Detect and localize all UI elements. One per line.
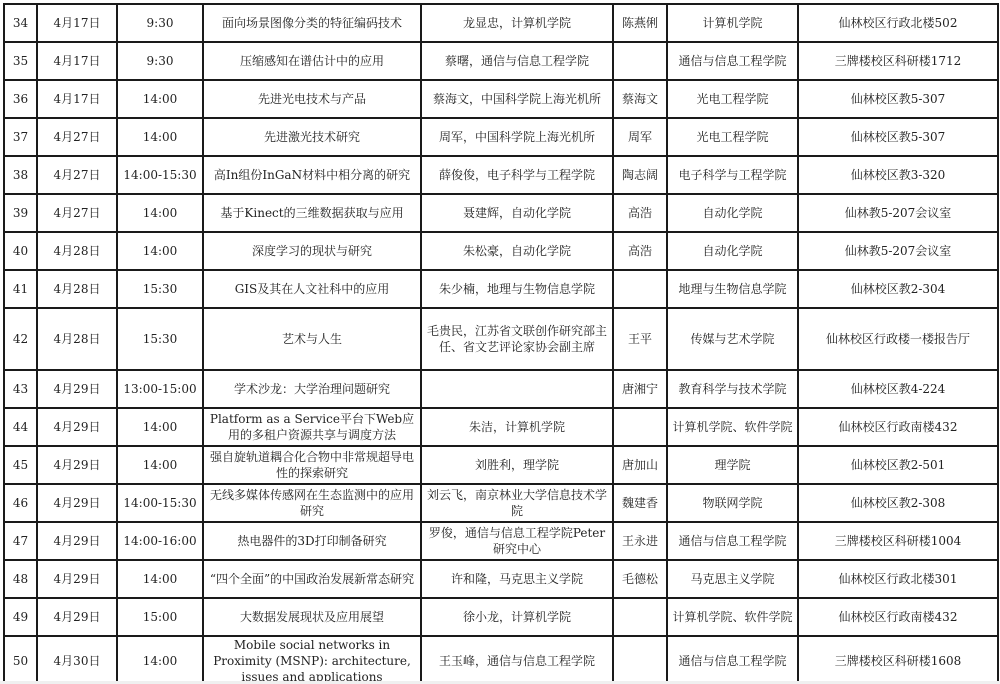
cell-speaker: 许和隆，马克思主义学院: [421, 560, 613, 598]
cell-speaker: 周军，中国科学院上海光机所: [421, 118, 613, 156]
cell-venue: 三牌楼校区科研楼1608: [798, 636, 998, 684]
cell-time: 14:00-15:30: [117, 156, 203, 194]
cell-venue: 仙林校区教4-224: [798, 370, 998, 408]
cell-speaker: 蔡海文，中国科学院上海光机所: [421, 80, 613, 118]
cell-speaker: 龙显忠，计算机学院: [421, 4, 613, 42]
cell-organizer: 通信与信息工程学院: [667, 636, 798, 684]
cell-no: 39: [4, 194, 37, 232]
cell-venue: 仙林校区教3-320: [798, 156, 998, 194]
cell-title: 学术沙龙：大学治理问题研究: [203, 370, 421, 408]
cell-host: 陈燕俐: [613, 4, 667, 42]
cell-host: 唐湘宁: [613, 370, 667, 408]
cell-organizer: 教育科学与技术学院: [667, 370, 798, 408]
cell-date: 4月29日: [37, 598, 117, 636]
cell-title: “四个全面”的中国政治发展新常态研究: [203, 560, 421, 598]
cell-title: Platform as a Service平台下Web应用的多租户资源共享与调度…: [203, 408, 421, 446]
cell-host: 周军: [613, 118, 667, 156]
cell-no: 38: [4, 156, 37, 194]
cell-host: [613, 42, 667, 80]
cell-date: 4月29日: [37, 560, 117, 598]
cell-venue: 三牌楼校区科研楼1712: [798, 42, 998, 80]
cell-time: 9:30: [117, 42, 203, 80]
cell-date: 4月27日: [37, 156, 117, 194]
cell-venue: 仙林校区行政南楼432: [798, 598, 998, 636]
cell-title: Mobile social networks in Proximity (MSN…: [203, 636, 421, 684]
table-row: 374月27日14:00先进激光技术研究周军，中国科学院上海光机所周军光电工程学…: [4, 118, 998, 156]
cell-title: 基于Kinect的三维数据获取与应用: [203, 194, 421, 232]
cell-title: GIS及其在人文社科中的应用: [203, 270, 421, 308]
cell-venue: 仙林校区教2-304: [798, 270, 998, 308]
cell-speaker: 刘云飞，南京林业大学信息技术学院: [421, 484, 613, 522]
table-row: 464月29日14:00-15:30无线多媒体传感网在生态监测中的应用研究刘云飞…: [4, 484, 998, 522]
cell-host: 毛德松: [613, 560, 667, 598]
cell-venue: 仙林校区教5-307: [798, 80, 998, 118]
table-body: 344月17日9:30面向场景图像分类的特征编码技术龙显忠，计算机学院陈燕俐计算…: [4, 4, 998, 684]
cell-title: 先进激光技术研究: [203, 118, 421, 156]
cell-date: 4月30日: [37, 636, 117, 684]
cell-organizer: 计算机学院: [667, 4, 798, 42]
cell-time: 14:00: [117, 232, 203, 270]
cell-speaker: 蔡曙，通信与信息工程学院: [421, 42, 613, 80]
cell-organizer: 光电工程学院: [667, 80, 798, 118]
table-row: 494月29日15:00大数据发展现状及应用展望徐小龙，计算机学院计算机学院、软…: [4, 598, 998, 636]
cell-no: 36: [4, 80, 37, 118]
table-row: 474月29日14:00-16:00热电器件的3D打印制备研究罗俊，通信与信息工…: [4, 522, 998, 560]
cell-date: 4月28日: [37, 270, 117, 308]
cell-date: 4月27日: [37, 118, 117, 156]
cell-date: 4月27日: [37, 194, 117, 232]
cell-speaker: 罗俊，通信与信息工程学院Peter研究中心: [421, 522, 613, 560]
table-row: 414月28日15:30GIS及其在人文社科中的应用朱少楠，地理与生物信息学院地…: [4, 270, 998, 308]
cell-no: 41: [4, 270, 37, 308]
cell-organizer: 物联网学院: [667, 484, 798, 522]
cell-organizer: 马克思主义学院: [667, 560, 798, 598]
lecture-schedule-document: 344月17日9:30面向场景图像分类的特征编码技术龙显忠，计算机学院陈燕俐计算…: [3, 3, 999, 684]
cell-time: 14:00: [117, 636, 203, 684]
cell-organizer: 地理与生物信息学院: [667, 270, 798, 308]
cell-title: 无线多媒体传感网在生态监测中的应用研究: [203, 484, 421, 522]
cell-venue: 仙林教5-207会议室: [798, 194, 998, 232]
cell-title: 压缩感知在谱估计中的应用: [203, 42, 421, 80]
cell-no: 48: [4, 560, 37, 598]
cell-date: 4月17日: [37, 80, 117, 118]
cell-title: 热电器件的3D打印制备研究: [203, 522, 421, 560]
cell-venue: 仙林校区行政北楼502: [798, 4, 998, 42]
cell-host: [613, 270, 667, 308]
cell-date: 4月17日: [37, 4, 117, 42]
table-row: 454月29日14:00强自旋轨道耦合化合物中非常规超导电性的探索研究刘胜利，理…: [4, 446, 998, 484]
cell-title: 高In组份InGaN材料中相分离的研究: [203, 156, 421, 194]
cell-speaker: 朱洁，计算机学院: [421, 408, 613, 446]
cell-venue: 仙林校区教5-307: [798, 118, 998, 156]
cell-speaker: 聂建辉，自动化学院: [421, 194, 613, 232]
cell-host: [613, 598, 667, 636]
cell-venue: 仙林校区行政楼一楼报告厅: [798, 308, 998, 370]
cell-no: 34: [4, 4, 37, 42]
table-row: 364月17日14:00先进光电技术与产品蔡海文，中国科学院上海光机所蔡海文光电…: [4, 80, 998, 118]
cell-time: 14:00: [117, 194, 203, 232]
cell-no: 47: [4, 522, 37, 560]
cell-time: 14:00: [117, 118, 203, 156]
table-row: 434月29日13:00-15:00学术沙龙：大学治理问题研究唐湘宁教育科学与技…: [4, 370, 998, 408]
lecture-schedule-table: 344月17日9:30面向场景图像分类的特征编码技术龙显忠，计算机学院陈燕俐计算…: [3, 3, 999, 684]
cell-venue: 仙林校区教2-501: [798, 446, 998, 484]
cell-time: 14:00: [117, 408, 203, 446]
cell-organizer: 理学院: [667, 446, 798, 484]
cell-no: 45: [4, 446, 37, 484]
cell-time: 15:00: [117, 598, 203, 636]
cell-time: 14:00: [117, 446, 203, 484]
cell-venue: 仙林校区行政北楼301: [798, 560, 998, 598]
cell-no: 42: [4, 308, 37, 370]
cell-organizer: 计算机学院、软件学院: [667, 598, 798, 636]
table-row: 404月28日14:00深度学习的现状与研究朱松豪，自动化学院高浩自动化学院仙林…: [4, 232, 998, 270]
cell-host: 高浩: [613, 232, 667, 270]
cell-date: 4月29日: [37, 370, 117, 408]
cell-time: 13:00-15:00: [117, 370, 203, 408]
cell-date: 4月29日: [37, 446, 117, 484]
cell-host: 王永进: [613, 522, 667, 560]
cell-no: 50: [4, 636, 37, 684]
cell-speaker: 毛贵民，江苏省文联创作研究部主任、省文艺评论家协会副主席: [421, 308, 613, 370]
cell-venue: 仙林校区教2-308: [798, 484, 998, 522]
cell-organizer: 计算机学院、软件学院: [667, 408, 798, 446]
table-row: 354月17日9:30压缩感知在谱估计中的应用蔡曙，通信与信息工程学院通信与信息…: [4, 42, 998, 80]
table-row: 384月27日14:00-15:30高In组份InGaN材料中相分离的研究薛俊俊…: [4, 156, 998, 194]
table-row: 504月30日14:00Mobile social networks in Pr…: [4, 636, 998, 684]
cell-no: 49: [4, 598, 37, 636]
cell-speaker: 刘胜利，理学院: [421, 446, 613, 484]
cell-speaker: [421, 370, 613, 408]
cell-speaker: 朱松豪，自动化学院: [421, 232, 613, 270]
cell-no: 37: [4, 118, 37, 156]
cell-venue: 仙林教5-207会议室: [798, 232, 998, 270]
cell-organizer: 传媒与艺术学院: [667, 308, 798, 370]
cell-host: 王平: [613, 308, 667, 370]
cell-venue: 仙林校区行政南楼432: [798, 408, 998, 446]
cell-time: 14:00-16:00: [117, 522, 203, 560]
cell-venue: 三牌楼校区科研楼1004: [798, 522, 998, 560]
cell-title: 艺术与人生: [203, 308, 421, 370]
cell-no: 44: [4, 408, 37, 446]
cell-date: 4月17日: [37, 42, 117, 80]
cell-organizer: 电子科学与工程学院: [667, 156, 798, 194]
cell-title: 先进光电技术与产品: [203, 80, 421, 118]
cell-time: 15:30: [117, 270, 203, 308]
cell-date: 4月28日: [37, 232, 117, 270]
cell-date: 4月29日: [37, 522, 117, 560]
cell-time: 9:30: [117, 4, 203, 42]
cell-speaker: 王玉峰，通信与信息工程学院: [421, 636, 613, 684]
cell-date: 4月29日: [37, 408, 117, 446]
cell-date: 4月29日: [37, 484, 117, 522]
cell-time: 14:00: [117, 560, 203, 598]
cell-host: 陶志阔: [613, 156, 667, 194]
cell-title: 面向场景图像分类的特征编码技术: [203, 4, 421, 42]
cell-organizer: 光电工程学院: [667, 118, 798, 156]
cell-title: 大数据发展现状及应用展望: [203, 598, 421, 636]
cell-organizer: 自动化学院: [667, 194, 798, 232]
cell-time: 15:30: [117, 308, 203, 370]
cell-no: 43: [4, 370, 37, 408]
cell-time: 14:00-15:30: [117, 484, 203, 522]
cell-host: [613, 636, 667, 684]
table-row: 484月29日14:00“四个全面”的中国政治发展新常态研究许和隆，马克思主义学…: [4, 560, 998, 598]
cell-speaker: 薛俊俊，电子科学与工程学院: [421, 156, 613, 194]
cell-host: [613, 408, 667, 446]
cell-host: 唐加山: [613, 446, 667, 484]
cell-time: 14:00: [117, 80, 203, 118]
cell-host: 魏建香: [613, 484, 667, 522]
table-row: 344月17日9:30面向场景图像分类的特征编码技术龙显忠，计算机学院陈燕俐计算…: [4, 4, 998, 42]
cell-speaker: 朱少楠，地理与生物信息学院: [421, 270, 613, 308]
cell-title: 强自旋轨道耦合化合物中非常规超导电性的探索研究: [203, 446, 421, 484]
cell-date: 4月28日: [37, 308, 117, 370]
cell-organizer: 自动化学院: [667, 232, 798, 270]
cell-organizer: 通信与信息工程学院: [667, 522, 798, 560]
cell-organizer: 通信与信息工程学院: [667, 42, 798, 80]
cell-no: 40: [4, 232, 37, 270]
cell-title: 深度学习的现状与研究: [203, 232, 421, 270]
cell-no: 46: [4, 484, 37, 522]
table-row: 394月27日14:00基于Kinect的三维数据获取与应用聂建辉，自动化学院高…: [4, 194, 998, 232]
table-row: 444月29日14:00Platform as a Service平台下Web应…: [4, 408, 998, 446]
cell-host: 蔡海文: [613, 80, 667, 118]
table-row: 424月28日15:30艺术与人生毛贵民，江苏省文联创作研究部主任、省文艺评论家…: [4, 308, 998, 370]
cell-speaker: 徐小龙，计算机学院: [421, 598, 613, 636]
cell-no: 35: [4, 42, 37, 80]
cell-host: 高浩: [613, 194, 667, 232]
